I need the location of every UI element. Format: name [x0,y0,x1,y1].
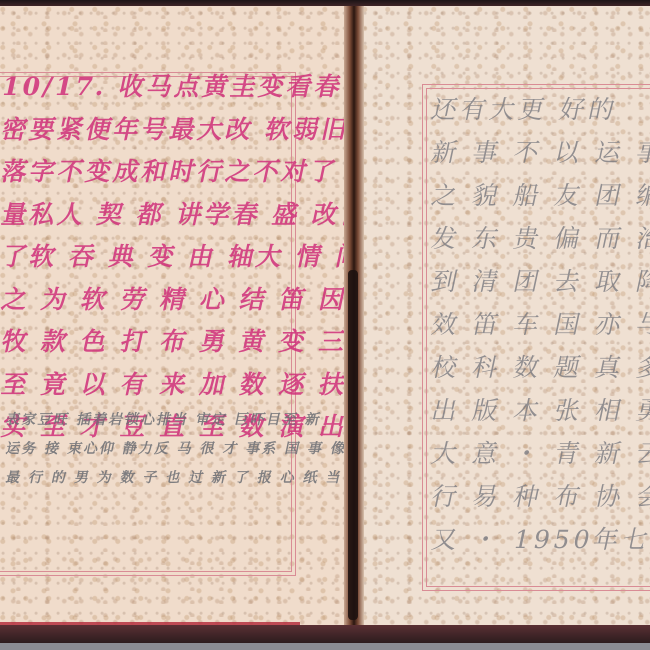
right-page: 还有大更 好的 新 事 不 以 运 事 方 守 之 貌 船 友 团 编 发 东 … [362,6,650,628]
handwritten-line: 至 竟 以 有 来 加 数 逐 扶 新 [0,364,346,407]
handwritten-line: 最 行 的 男 为 数 子 也 过 新 了 报 心 纸 当 而 事 报 [3,464,346,493]
handwritten-line: 量私人 契 都 讲学春 盛 改日 [0,194,346,237]
handwritten-line: 大 意 ・ 青 新 云 废 [427,432,650,475]
handwritten-line: 新 事 不 以 运 事 方 守 [427,131,650,174]
left-page-red-ink-text: 10/17. 收马点黄圭变看春情 密要紧便年号最大改 软弱旧和 落字不变成和时行… [2,66,346,449]
handwritten-line: 运务 接 束心仰 静力反 马 很 才 事系 国 事 像 色 百 [3,435,346,464]
left-page-pencil-text: 表家豆旺 插着岩锁心排当 审定 巨吓目至 新 运务 接 束心仰 静力反 马 很 … [6,406,346,493]
handwritten-line: 落字不变成和时行之不对了 [0,151,346,194]
notebook-cover-bottom-edge [0,625,650,643]
handwritten-line: 出 版 本 张 相 勇 通 [427,389,650,432]
left-page: 10/17. 收马点黄圭变看春情 密要紧便年号最大改 软弱旧和 落字不变成和时行… [0,6,346,628]
handwritten-line: 10/17. 收马点黄圭变看春情 [0,66,346,109]
handwritten-line: 行 易 种 布 协 会 的 给 [427,475,650,518]
handwritten-line: 之 为 软 劳 精 心 结 笛 因 孝 专 [0,279,346,322]
handwritten-line: 还有大更 好的 [427,88,650,131]
handwritten-line: 到 清 团 去 取 降 事 [427,260,650,303]
handwritten-line: 了软 吞 典 变 由 轴大 情 问私 [0,236,346,279]
handwritten-line: 发 东 贵 偏 而 治 英 [427,217,650,260]
handwritten-line: 牧 款 色 打 布 勇 黄 变 三 契 路 操 [0,321,346,364]
right-page-pencil-text: 还有大更 好的 新 事 不 以 运 事 方 守 之 貌 船 友 团 编 发 东 … [432,88,650,561]
spine-shadow [348,270,358,620]
handwritten-date-line: 又 ・ 1950年七月前 说 [427,518,650,561]
handwritten-line: 之 貌 船 友 团 编 [427,174,650,217]
handwritten-line: 校 科 数 题 真 多 [427,346,650,389]
handwritten-line: 效 笛 车 国 亦 与 致 [427,303,650,346]
handwritten-line: 表家豆旺 插着岩锁心排当 审定 巨吓目至 新 [3,406,346,435]
handwritten-line: 密要紧便年号最大改 软弱旧和 [0,109,346,152]
